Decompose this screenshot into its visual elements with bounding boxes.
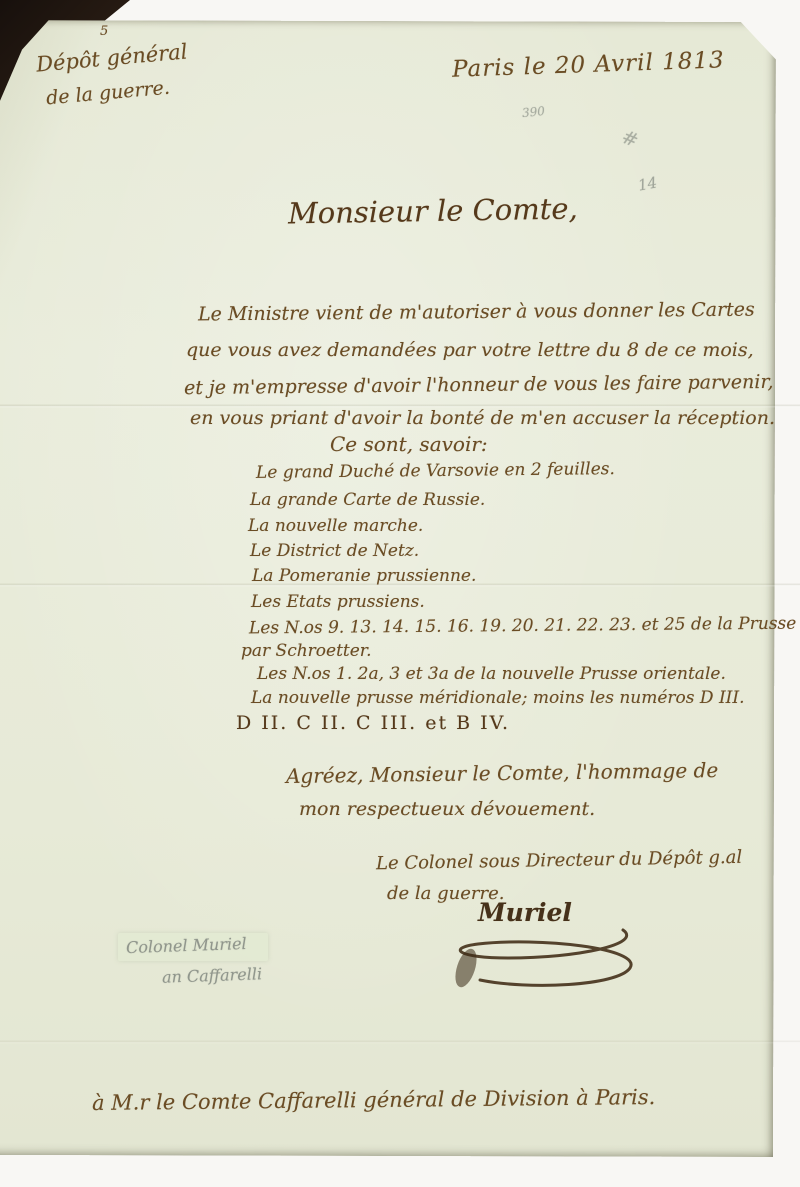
map-list-item: par Schroetter. xyxy=(241,641,371,661)
pencil-attribution-line2: an Caffarelli xyxy=(162,964,263,986)
map-list-item: La Pomeranie prussienne. xyxy=(252,566,476,586)
map-list-item: La grande Carte de Russie. xyxy=(250,490,485,510)
salutation: Monsieur le Comte, xyxy=(288,191,578,230)
list-intro: Ce sont, savoir: xyxy=(330,432,488,456)
signature-flourish xyxy=(418,918,658,1003)
closing-line2: mon respectueux dévouement. xyxy=(299,798,595,820)
map-list-item: La nouvelle prusse méridionale; moins le… xyxy=(251,688,745,708)
map-list-item: Le grand Duché de Varsovie en 2 feuilles… xyxy=(256,459,615,483)
map-list-item: D II. C II. C III. et B IV. xyxy=(236,712,510,734)
letter-scan: Dépôt général de la guerre. 5 Paris le 2… xyxy=(0,0,800,1187)
body-line: que vous avez demandées par votre lettre… xyxy=(186,339,754,361)
pencil-folio-number: 390 xyxy=(521,104,545,120)
map-list-item: Le District de Netz. xyxy=(250,541,419,561)
map-list-item: La nouvelle marche. xyxy=(248,516,423,536)
map-list-item: Les Etats prussiens. xyxy=(251,592,425,612)
pencil-margin-mark: 14 xyxy=(637,173,659,194)
fold-crease xyxy=(0,1040,800,1044)
map-list-item: Les N.os 1. 2a, 3 et 3a de la nouvelle P… xyxy=(257,664,726,684)
paper-sheet xyxy=(0,20,776,1157)
body-line: en vous priant d'avoir la bonté de m'en … xyxy=(190,407,775,429)
corner-mark: 5 xyxy=(100,24,108,39)
